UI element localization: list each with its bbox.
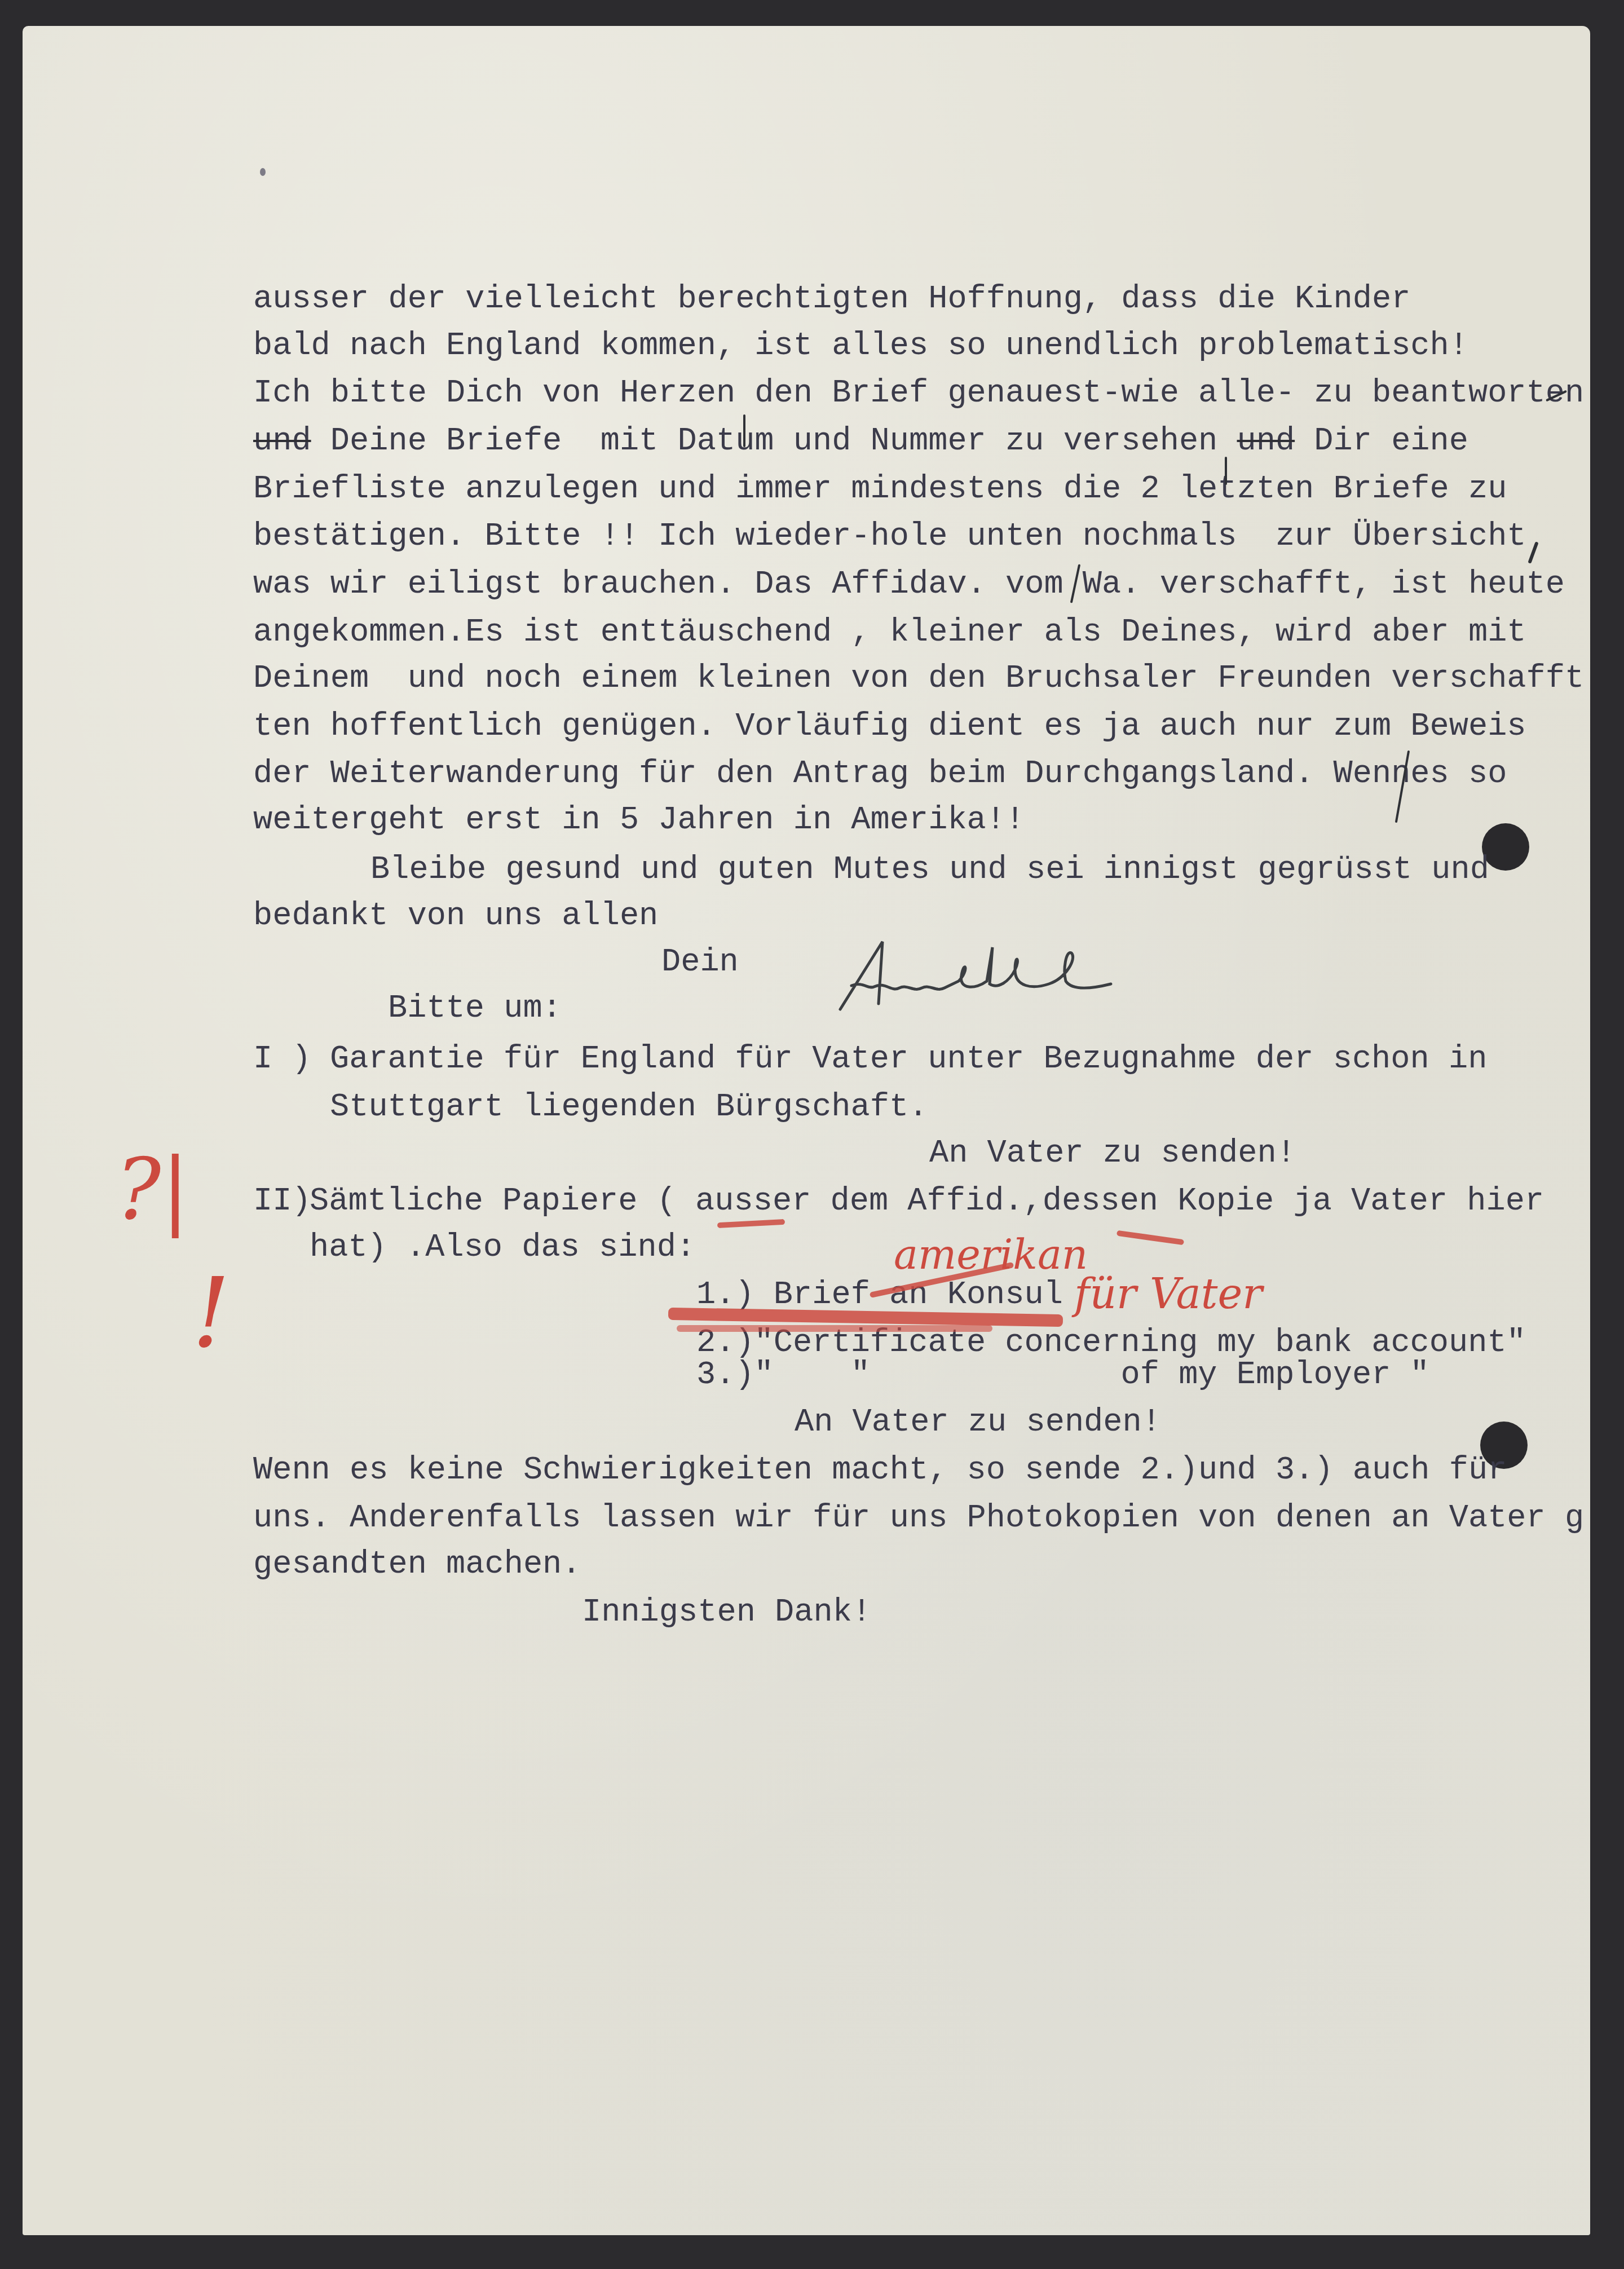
pen-comma-mark [1225, 457, 1227, 485]
final-line-2: uns. Anderenfalls lassen wir für uns Pho… [253, 1502, 1584, 1535]
closing-line-2: bedankt von uns allen [253, 899, 658, 933]
struck-word: und [1237, 423, 1295, 460]
final-line-3: gesandten machen. [253, 1548, 581, 1582]
request-1-note: An Vater zu senden! [929, 1137, 1296, 1171]
ink-speck [260, 168, 266, 176]
red-annotation-fuer-vater: für Vater [1074, 1270, 1263, 1318]
body-line-8: angekommen.Es ist enttäuschend , kleiner… [253, 616, 1526, 650]
thanks-line: Innigsten Dank! [582, 1596, 871, 1630]
request-2-note: An Vater zu senden! [795, 1406, 1161, 1440]
closing-line-1: Bleibe gesund und guten Mutes und sei in… [370, 853, 1489, 887]
body-line-5: Briefliste anzulegen und immer mindesten… [253, 473, 1507, 506]
body-line-4: und Deine Briefe mit Datum und Nummer zu… [253, 425, 1468, 458]
closing-dein: Dein [661, 946, 739, 979]
request-1-line-2: Stuttgart liegenden Bürgschaft. [330, 1091, 928, 1124]
body-line-6: bestätigen. Bitte !! Ich wieder-hole unt… [253, 520, 1526, 554]
line4-suffix: Dir eine [1295, 423, 1468, 460]
body-line-9: Deinem und noch einem kleinen von den Br… [253, 662, 1584, 696]
request-1-line-1: Garantie für England für Vater unter Bez… [330, 1043, 1487, 1076]
body-line-11: der Weiterwanderung für den Antrag beim … [253, 757, 1507, 791]
final-line-1: Wenn es keine Schwierigkeiten macht, so … [253, 1454, 1507, 1487]
red-strike-brief-an-konsul-2 [677, 1325, 992, 1332]
line4-text: Deine Briefe mit Datum und Nummer zu ver… [311, 423, 1218, 460]
request-2-line-2: hat) .Also das sind: [310, 1231, 695, 1265]
body-line-7: was wir eiligst brauchen. Das Affidav. v… [253, 568, 1565, 602]
red-margin-question-mark: ?| [116, 1141, 189, 1239]
request-2-subitem-3: 3.)" " of my Employer " [696, 1358, 1429, 1392]
struck-word: und [253, 423, 311, 460]
request-1-marker: I ) [253, 1043, 311, 1076]
body-line-1: ausser der vielleicht berechtigten Hoffn… [253, 282, 1410, 316]
requests-heading: Bitte um: [388, 992, 562, 1026]
body-line-10: ten hoffentlich genügen. Vorläufig dient… [253, 710, 1526, 744]
request-2-marker: II) [253, 1185, 311, 1219]
body-line-2: bald nach England kommen, ist alles so u… [253, 329, 1468, 363]
body-line-3: Ich bitte Dich von Herzen den Brief gena… [253, 377, 1584, 410]
red-margin-exclamation: ! [192, 1258, 230, 1370]
pen-comma-mark [743, 414, 745, 447]
signature [829, 936, 1179, 1015]
request-2-line-1: Sämtliche Papiere ( ausser dem Affid.,de… [310, 1185, 1544, 1219]
body-line-12: weitergeht erst in 5 Jahren in Amerika!! [253, 804, 1025, 837]
